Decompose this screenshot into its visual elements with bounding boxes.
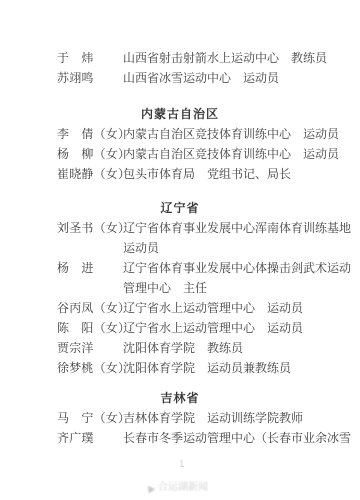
honoree-name: 徐梦桃（女） (57, 358, 123, 378)
honoree-row: 李 倩（女）内蒙古自治区竞技体育训练中心 运动员 (0, 124, 360, 144)
document-page: 于 炜山西省射击射箭水上运动中心 教练员苏翊鸣山西省冰雪运动中心 运动员内蒙古自… (0, 0, 360, 500)
honoree-row: 于 炜山西省射击射箭水上运动中心 教练员 (0, 48, 360, 68)
province-header: 吉林省 (0, 388, 360, 408)
honoree-name: 陈 阳（女） (57, 318, 123, 338)
honoree-row: 贾宗洋沈阳体育学院 教练员 (0, 338, 360, 358)
affiliation-line: 辽宁省水上运动管理中心 运动员 (123, 318, 355, 338)
affiliation-line: 沈阳体育学院 教练员 (123, 338, 355, 358)
province-section: 吉林省马 宁（女）吉林体育学院 运动训练学院教师齐广璞长春市冬季运动管理中心（长… (0, 388, 360, 448)
watermark-text: 合运湖新闻 (158, 482, 208, 494)
honoree-affiliation: 包头市体育局 党组书记、局长 (123, 164, 355, 184)
honoree-affiliation: 沈阳体育学院 运动员兼教练员 (123, 358, 355, 378)
honoree-row: 刘圣书（女）辽宁省体育事业发展中心浑南体育训练基地运动员 (0, 218, 360, 258)
honoree-name: 贾宗洋 (57, 338, 123, 358)
affiliation-line: 辽宁省体育事业发展中心体操击剑武术运动 (123, 258, 355, 278)
honoree-affiliation: 山西省射击射箭水上运动中心 教练员 (123, 48, 355, 68)
honoree-affiliation: 辽宁省水上运动管理中心 运动员 (123, 298, 355, 318)
affiliation-line: 管理中心 主任 (123, 278, 355, 298)
affiliation-line: 运动员 (123, 238, 355, 258)
watermark: 合运湖新闻 (146, 482, 208, 494)
honoree-row: 齐广璞长春市冬季运动管理中心（长春市业余冰雪 (0, 428, 360, 448)
affiliation-line: 辽宁省体育事业发展中心浑南体育训练基地 (123, 218, 355, 238)
honoree-affiliation: 内蒙古自治区竞技体育训练中心 运动员 (123, 144, 355, 164)
honoree-name: 杨 柳（女） (57, 144, 123, 164)
honoree-row: 陈 阳（女）辽宁省水上运动管理中心 运动员 (0, 318, 360, 338)
affiliation-line: 内蒙古自治区竞技体育训练中心 运动员 (123, 124, 355, 144)
province-header: 辽宁省 (0, 198, 360, 218)
honoree-name: 刘圣书（女） (57, 218, 123, 238)
honoree-name: 李 倩（女） (57, 124, 123, 144)
honoree-row: 崔晓静（女）包头市体育局 党组书记、局长 (0, 164, 360, 184)
affiliation-line: 山西省射击射箭水上运动中心 教练员 (123, 48, 355, 68)
province-header: 内蒙古自治区 (0, 104, 360, 124)
honoree-name: 苏翊鸣 (57, 68, 123, 88)
affiliation-line: 长春市冬季运动管理中心（长春市业余冰雪 (123, 428, 355, 448)
honoree-name: 杨 进 (57, 258, 123, 278)
province-section: 内蒙古自治区李 倩（女）内蒙古自治区竞技体育训练中心 运动员杨 柳（女）内蒙古自… (0, 104, 360, 184)
honoree-affiliation: 辽宁省体育事业发展中心体操击剑武术运动管理中心 主任 (123, 258, 355, 298)
honoree-name: 马 宁（女） (57, 408, 123, 428)
affiliation-line: 辽宁省水上运动管理中心 运动员 (123, 298, 355, 318)
document-body: 于 炜山西省射击射箭水上运动中心 教练员苏翊鸣山西省冰雪运动中心 运动员内蒙古自… (0, 0, 360, 448)
affiliation-line: 内蒙古自治区竞技体育训练中心 运动员 (123, 144, 355, 164)
province-section: 辽宁省刘圣书（女）辽宁省体育事业发展中心浑南体育训练基地运动员杨 进辽宁省体育事… (0, 198, 360, 378)
honoree-row: 杨 进辽宁省体育事业发展中心体操击剑武术运动管理中心 主任 (0, 258, 360, 298)
honoree-row: 马 宁（女）吉林体育学院 运动训练学院教师 (0, 408, 360, 428)
honoree-affiliation: 辽宁省体育事业发展中心浑南体育训练基地运动员 (123, 218, 355, 258)
honoree-name: 崔晓静（女） (57, 164, 123, 184)
watermark-logo-icon (145, 483, 156, 493)
page-mark: 1 (179, 459, 185, 471)
affiliation-line: 吉林体育学院 运动训练学院教师 (123, 408, 355, 428)
honoree-affiliation: 辽宁省水上运动管理中心 运动员 (123, 318, 355, 338)
affiliation-line: 山西省冰雪运动中心 运动员 (123, 68, 355, 88)
honoree-row: 谷丙凤（女）辽宁省水上运动管理中心 运动员 (0, 298, 360, 318)
honoree-name: 于 炜 (57, 48, 123, 68)
honoree-affiliation: 山西省冰雪运动中心 运动员 (123, 68, 355, 88)
province-section: 于 炜山西省射击射箭水上运动中心 教练员苏翊鸣山西省冰雪运动中心 运动员 (0, 48, 360, 88)
honoree-name: 齐广璞 (57, 428, 123, 448)
affiliation-line: 包头市体育局 党组书记、局长 (123, 164, 355, 184)
honoree-affiliation: 内蒙古自治区竞技体育训练中心 运动员 (123, 124, 355, 144)
honoree-affiliation: 沈阳体育学院 教练员 (123, 338, 355, 358)
honoree-row: 苏翊鸣山西省冰雪运动中心 运动员 (0, 68, 360, 88)
honoree-row: 徐梦桃（女）沈阳体育学院 运动员兼教练员 (0, 358, 360, 378)
affiliation-line: 沈阳体育学院 运动员兼教练员 (123, 358, 355, 378)
honoree-affiliation: 长春市冬季运动管理中心（长春市业余冰雪 (123, 428, 355, 448)
honoree-name: 谷丙凤（女） (57, 298, 123, 318)
honoree-affiliation: 吉林体育学院 运动训练学院教师 (123, 408, 355, 428)
honoree-row: 杨 柳（女）内蒙古自治区竞技体育训练中心 运动员 (0, 144, 360, 164)
